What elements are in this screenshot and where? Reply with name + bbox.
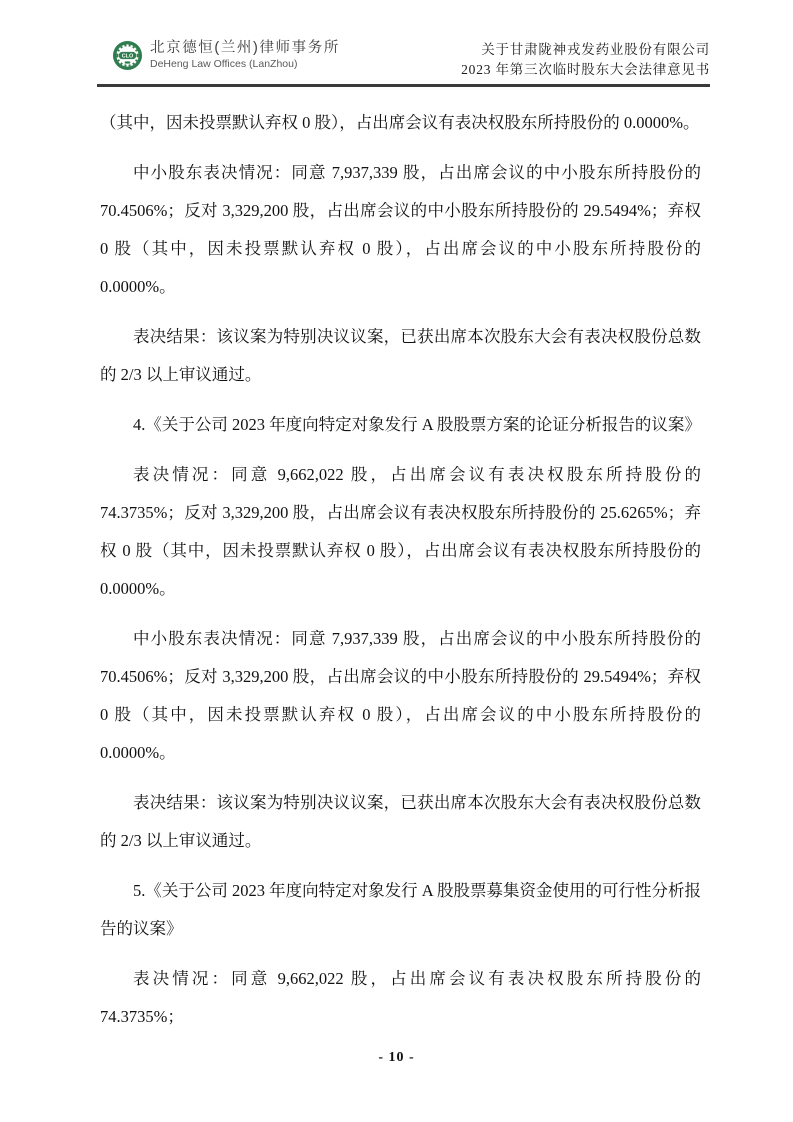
document-title-line1: 关于甘肃陇神戎发药业股份有限公司: [461, 40, 710, 60]
page-footer: - 10 -: [0, 1050, 793, 1066]
agenda-item-5-title: 5.《关于公司 2023 年度向特定对象发行 A 股股票募集资金使用的可行性分析…: [100, 872, 701, 948]
page-number: - 10 -: [378, 1050, 414, 1065]
header-row: CLO 北京德恒(兰州)律师事务所 DeHeng Law Offices (La…: [97, 40, 710, 80]
law-firm-name-zh: 北京德恒(兰州)律师事务所: [150, 40, 340, 57]
document-title-line2: 2023 年第三次临时股东大会法律意见书: [461, 60, 710, 80]
paragraph: （其中，因未投票默认弃权 0 股），占出席会议有表决权股东所持股份的 0.000…: [100, 104, 701, 142]
emblem-monogram: CLO: [122, 53, 133, 59]
deheng-emblem-icon: CLO: [112, 40, 143, 71]
agenda-item-4-title: 4.《关于公司 2023 年度向特定对象发行 A 股股票方案的论证分析报告的议案…: [100, 406, 701, 444]
paragraph: 表决情况：同意 9,662,022 股，占出席会议有表决权股东所持股份的 74.…: [100, 456, 701, 608]
paragraph: 中小股东表决情况：同意 7,937,339 股，占出席会议的中小股东所持股份的 …: [100, 154, 701, 306]
law-firm-logo-text: 北京德恒(兰州)律师事务所 DeHeng Law Offices (LanZho…: [150, 40, 340, 71]
document-page: CLO 北京德恒(兰州)律师事务所 DeHeng Law Offices (La…: [0, 0, 793, 1122]
paragraph: 中小股东表决情况：同意 7,937,339 股，占出席会议的中小股东所持股份的 …: [100, 620, 701, 772]
paragraph: 表决结果：该议案为特别决议议案，已获出席本次股东大会有表决权股份总数的 2/3 …: [100, 784, 701, 860]
page-header: CLO 北京德恒(兰州)律师事务所 DeHeng Law Offices (La…: [0, 0, 793, 87]
paragraph: 表决情况：同意 9,662,022 股，占出席会议有表决权股东所持股份的 74.…: [100, 960, 701, 1036]
document-title: 关于甘肃陇神戎发药业股份有限公司 2023 年第三次临时股东大会法律意见书: [461, 40, 710, 80]
law-firm-name-en: DeHeng Law Offices (LanZhou): [150, 58, 340, 71]
law-firm-logo: CLO 北京德恒(兰州)律师事务所 DeHeng Law Offices (La…: [112, 40, 340, 71]
document-body: （其中，因未投票默认弃权 0 股），占出席会议有表决权股东所持股份的 0.000…: [0, 87, 793, 1036]
paragraph: 表决结果：该议案为特别决议议案，已获出席本次股东大会有表决权股份总数的 2/3 …: [100, 318, 701, 394]
